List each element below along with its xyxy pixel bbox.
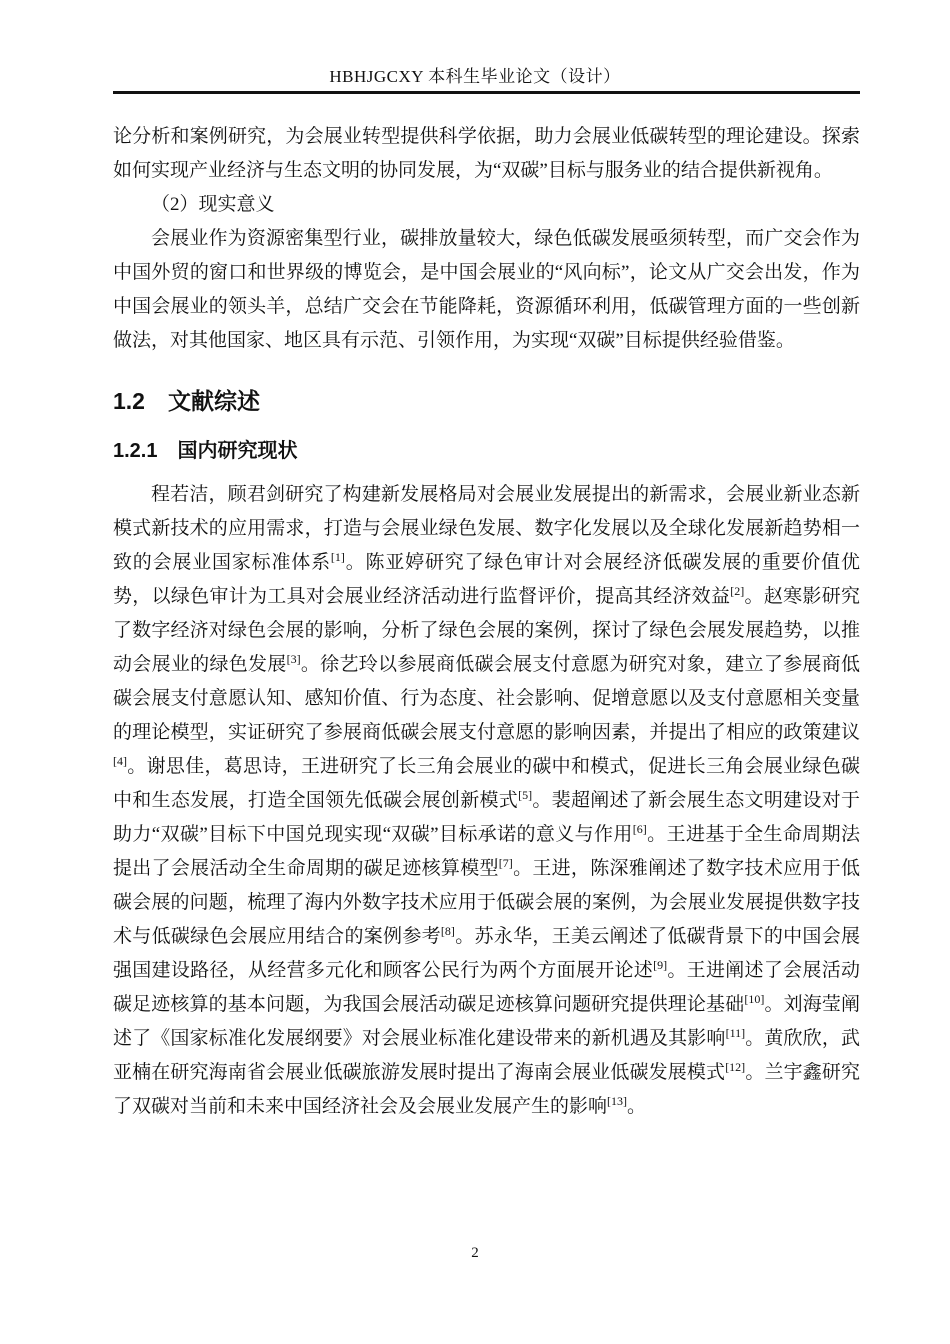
citation-marker: [13] (607, 1094, 627, 1108)
header-title: HBHJGCXY 本科生毕业论文（设计） (0, 62, 950, 87)
subsection-heading: 1.2.1 国内研究现状 (113, 438, 860, 464)
document-page: HBHJGCXY 本科生毕业论文（设计） 论分析和案例研究，为会展业转型提供科学… (0, 0, 950, 1344)
citation-marker: [5] (518, 788, 532, 802)
citation-marker: [12] (725, 1060, 745, 1074)
paragraph: （2）现实意义 (113, 188, 860, 222)
citation-marker: [6] (633, 822, 647, 836)
citation-marker: [10] (744, 992, 764, 1006)
document-body: 论分析和案例研究，为会展业转型提供科学依据，助力会展业低碳转型的理论建设。探索如… (0, 94, 950, 1124)
page-number: 2 (471, 1245, 479, 1261)
section-heading: 1.2 文献综述 (113, 386, 860, 416)
citation-marker: [7] (499, 856, 513, 870)
paragraph: 会展业作为资源密集型行业，碳排放量较大，绿色低碳发展亟须转型，而广交会作为中国外… (113, 222, 860, 358)
page-footer: 2 (0, 1245, 950, 1262)
citation-marker: [11] (726, 1026, 746, 1040)
citation-marker: [1] (331, 550, 345, 564)
paragraph: 程若洁，顾君剑研究了构建新发展格局对会展业发展提出的新需求，会展业新业态新模式新… (113, 478, 860, 1124)
page-header: HBHJGCXY 本科生毕业论文（设计） (0, 0, 950, 94)
citation-marker: [4] (113, 754, 127, 768)
citation-marker: [9] (653, 958, 667, 972)
citation-marker: [3] (287, 652, 301, 666)
paragraph: 论分析和案例研究，为会展业转型提供科学依据，助力会展业低碳转型的理论建设。探索如… (113, 120, 860, 188)
citation-marker: [8] (441, 924, 455, 938)
citation-marker: [2] (730, 584, 744, 598)
